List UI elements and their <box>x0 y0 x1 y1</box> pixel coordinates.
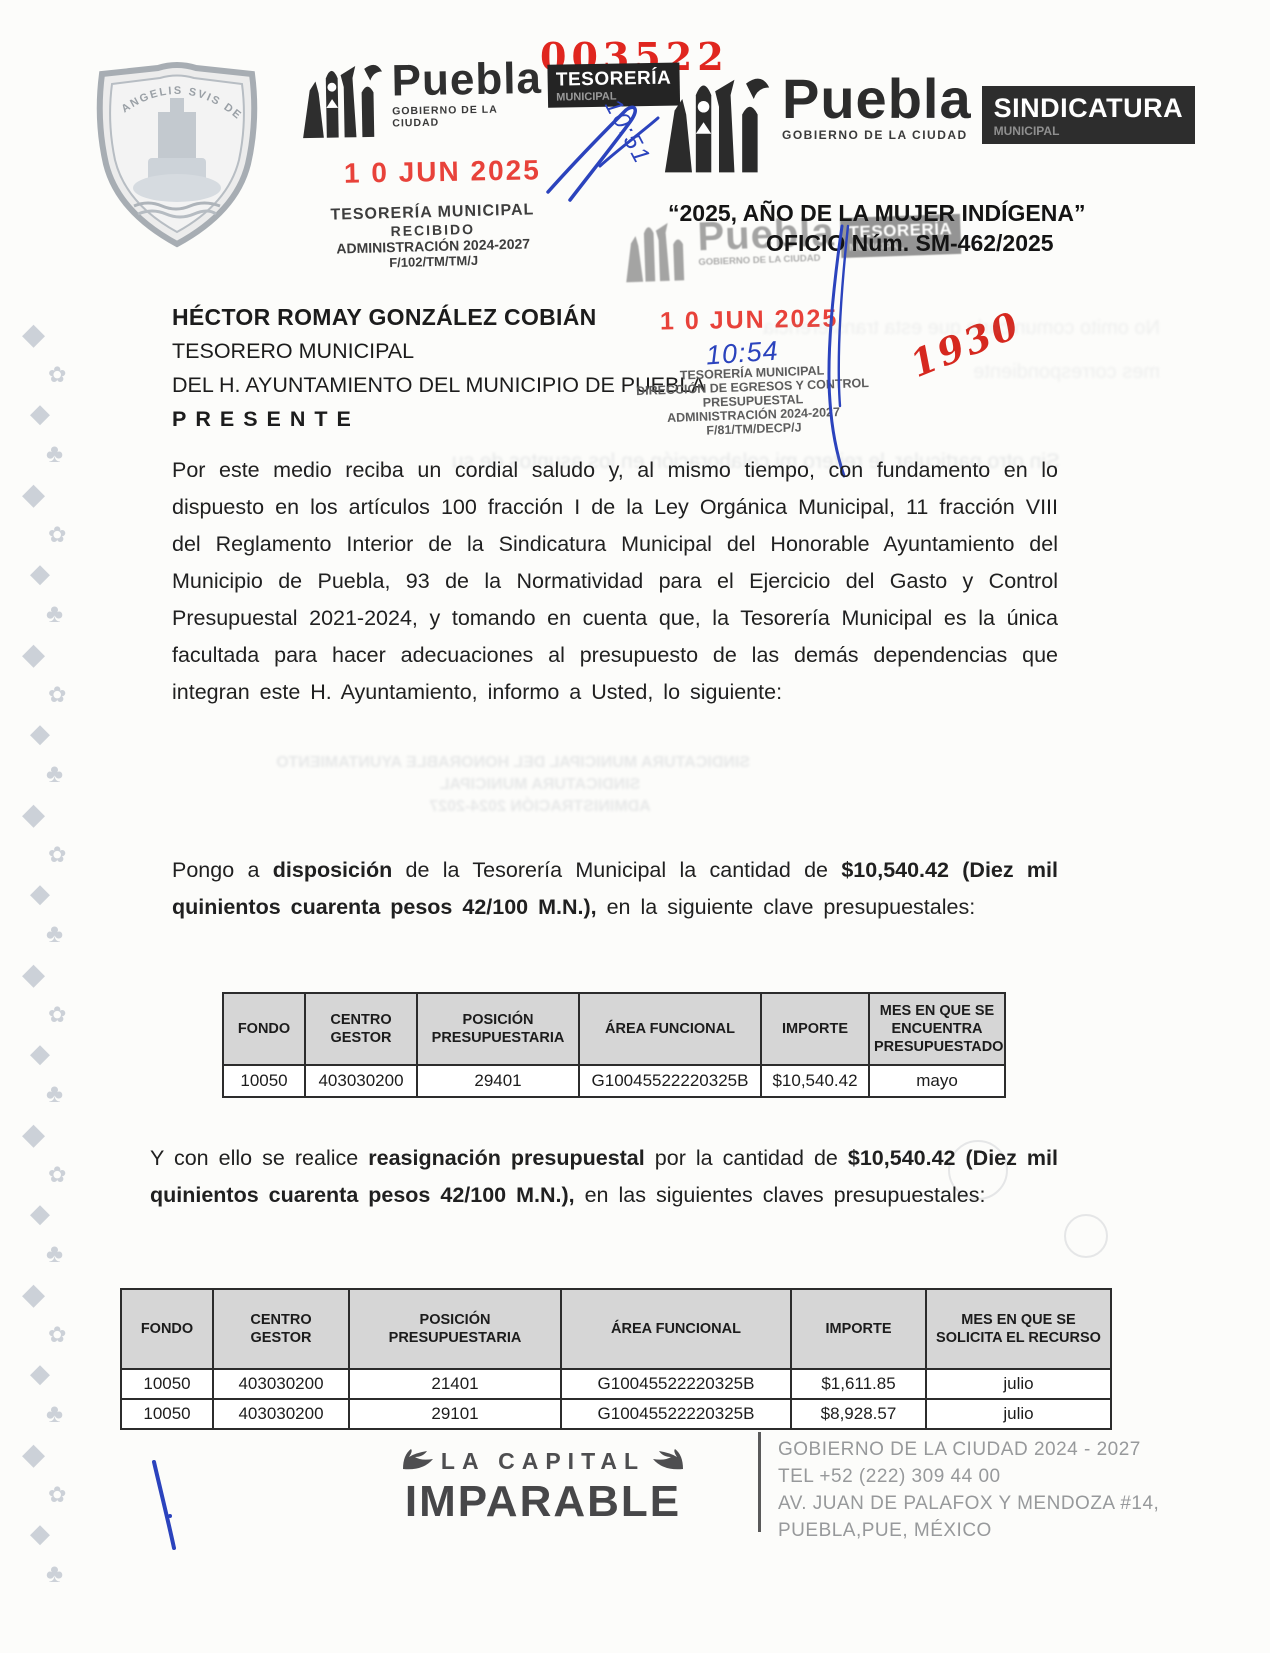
bleedthrough-text: No omito comunicarle que esta transferen… <box>830 306 1160 394</box>
club-ornament: ♣ <box>46 1560 88 1586</box>
cell-centro-gestor: 403030200 <box>305 1065 417 1097</box>
footer-address-line1: AV. JUAN DE PALAFOX Y MENDOZA #14, <box>778 1490 1159 1517</box>
signature-pen-stroke <box>530 96 670 216</box>
club-ornament: ♣ <box>46 760 88 786</box>
gobierno-tagline: GOBIERNO DE LA CIUDAD <box>782 128 972 142</box>
col-header: MES EN QUE SE SOLICITA EL RECURSO <box>926 1289 1111 1369</box>
cell-area-funcional: G10045522220325B <box>561 1399 791 1429</box>
col-header: POSICIÓN PRESUPUESTARIA <box>417 993 579 1065</box>
table-header-row: FONDO CENTRO GESTOR POSICIÓN PRESUPUESTA… <box>223 993 1005 1065</box>
recipient-title: TESORERO MUNICIPAL <box>172 334 706 368</box>
year-motto: “2025, AÑO DE LA MUJER INDÍGENA” <box>668 200 1085 227</box>
recipient-name: HÉCTOR ROMAY GONZÁLEZ COBIÁN <box>172 300 706 334</box>
footer-government-line: GOBIERNO DE LA CIUDAD 2024 - 2027 <box>778 1436 1159 1463</box>
club-ornament: ♣ <box>46 600 88 626</box>
received-date-stamp: 1 0 JUN 2025 <box>344 154 541 189</box>
budget-table-disposicion: FONDO CENTRO GESTOR POSICIÓN PRESUPUESTA… <box>222 992 1006 1098</box>
col-header: IMPORTE <box>791 1289 926 1369</box>
diamond-ornament: ◆ <box>30 1040 88 1066</box>
document-page: ◆✿◆♣◆✿◆♣◆✿◆♣◆✿◆♣◆✿◆♣◆✿◆♣◆✿◆♣◆✿◆♣ ANGELIS… <box>0 0 1270 1653</box>
cell-centro-gestor: 403030200 <box>213 1399 349 1429</box>
footer-contact-block: GOBIERNO DE LA CIUDAD 2024 - 2027 TEL +5… <box>778 1436 1159 1544</box>
diamond-ornament: ◆ <box>22 1440 88 1470</box>
floral-ornament: ✿ <box>48 844 88 866</box>
diamond-ornament: ◆ <box>22 1280 88 1310</box>
diamond-ornament: ◆ <box>30 560 88 586</box>
received-stamp-text: TESORERÍA MUNICIPAL RECIBIDO ADMINISTRAC… <box>317 201 549 272</box>
diamond-ornament: ◆ <box>22 640 88 670</box>
col-header: FONDO <box>121 1289 213 1369</box>
p2-text: Pongo a <box>172 858 273 882</box>
cell-centro-gestor: 403030200 <box>213 1369 349 1399</box>
p2-bold: disposición <box>273 858 392 882</box>
footer-logo-line1: LA CAPITAL <box>441 1448 645 1475</box>
club-ornament: ♣ <box>46 920 88 946</box>
table-header-row: FONDO CENTRO GESTOR POSICIÓN PRESUPUESTA… <box>121 1289 1111 1369</box>
col-header: IMPORTE <box>761 993 869 1065</box>
budget-table-reasignacion: FONDO CENTRO GESTOR POSICIÓN PRESUPUESTA… <box>120 1288 1112 1430</box>
tesoreria-box-title: TESORERÍA <box>556 68 672 92</box>
bleedthrough-text: SINDICATURA MUNICIPAL DEL HONORABLE AYUN… <box>330 752 750 818</box>
pen-tick-stroke <box>140 1458 190 1558</box>
col-header: ÁREA FUNCIONAL <box>579 993 761 1065</box>
sindicatura-box-title: SINDICATURA <box>994 93 1184 124</box>
cell-mes: julio <box>926 1399 1111 1429</box>
club-ornament: ♣ <box>46 1400 88 1426</box>
cell-posicion: 29101 <box>349 1399 561 1429</box>
footer-phone: TEL +52 (222) 309 44 00 <box>778 1463 1159 1490</box>
col-header: ÁREA FUNCIONAL <box>561 1289 791 1369</box>
cell-fondo: 10050 <box>223 1065 305 1097</box>
floral-ornament: ✿ <box>48 524 88 546</box>
p3-bold: reasignación presupuestal <box>368 1146 644 1170</box>
diamond-ornament: ◆ <box>22 320 88 350</box>
footer-divider <box>758 1432 761 1532</box>
diamond-ornament: ◆ <box>22 960 88 990</box>
club-ornament: ♣ <box>46 1080 88 1106</box>
body-paragraph-2: Pongo a disposición de la Tesorería Muni… <box>172 852 1058 926</box>
table-row: 10050 403030200 21401 G10045522220325B $… <box>121 1369 1111 1399</box>
cell-importe: $10,540.42 <box>761 1065 869 1097</box>
diamond-ornament: ◆ <box>22 480 88 510</box>
sindicatura-logo: Puebla GOBIERNO DE LA CIUDAD SINDICATURA… <box>656 72 1136 184</box>
diamond-ornament: ◆ <box>30 720 88 746</box>
club-ornament: ♣ <box>46 440 88 466</box>
footer-address-line2: PUEBLA,PUE, MÉXICO <box>778 1517 1159 1544</box>
puebla-wordmark: Puebla <box>391 57 542 104</box>
wing-right-icon <box>651 1449 685 1475</box>
floral-ornament: ✿ <box>48 1164 88 1186</box>
floral-ornament: ✿ <box>48 364 88 386</box>
decorative-border-pattern: ◆✿◆♣◆✿◆♣◆✿◆♣◆✿◆♣◆✿◆♣◆✿◆♣◆✿◆♣◆✿◆♣ <box>16 320 88 1640</box>
cell-fondo: 10050 <box>121 1369 213 1399</box>
col-header: FONDO <box>223 993 305 1065</box>
cell-area-funcional: G10045522220325B <box>561 1369 791 1399</box>
col-header: CENTRO GESTOR <box>305 993 417 1065</box>
col-header: POSICIÓN PRESUPUESTARIA <box>349 1289 561 1369</box>
sindicatura-dept-box: SINDICATURA MUNICIPAL <box>982 86 1196 144</box>
puebla-skyline-icon <box>619 217 699 290</box>
floral-ornament: ✿ <box>48 1004 88 1026</box>
pencil-circle-ghost <box>1064 1214 1108 1258</box>
diamond-ornament: ◆ <box>30 1520 88 1546</box>
diamond-ornament: ◆ <box>30 880 88 906</box>
puebla-skyline-icon <box>656 72 782 184</box>
sindicatura-box-sub: MUNICIPAL <box>994 124 1184 138</box>
diamond-ornament: ◆ <box>22 1120 88 1150</box>
diamond-ornament: ◆ <box>22 800 88 830</box>
cell-mes: julio <box>926 1369 1111 1399</box>
cell-mes: mayo <box>869 1065 1005 1097</box>
club-ornament: ♣ <box>46 1240 88 1266</box>
diamond-ornament: ◆ <box>30 1200 88 1226</box>
table-row: 10050 403030200 29101 G10045522220325B $… <box>121 1399 1111 1429</box>
la-capital-imparable-logo: LA CAPITAL IMPARABLE <box>398 1448 688 1527</box>
p2-text: en la siguiente clave presupuestales: <box>597 895 976 919</box>
cell-importe: $8,928.57 <box>791 1399 926 1429</box>
p3-text: por la cantidad de <box>645 1146 848 1170</box>
col-header: MES EN QUE SE ENCUENTRA PRESUPUESTADO <box>869 993 1005 1065</box>
body-paragraph-1: Por este medio reciba un cordial saludo … <box>172 452 1058 711</box>
city-seal-icon: ANGELIS SVIS DEVS <box>88 60 266 250</box>
p3-text: Y con ello se realice <box>150 1146 368 1170</box>
wing-left-icon <box>401 1449 435 1475</box>
table-row: 10050 403030200 29401 G10045522220325B $… <box>223 1065 1005 1097</box>
floral-ornament: ✿ <box>48 684 88 706</box>
gobierno-tagline: GOBIERNO DE LA CIUDAD <box>392 103 543 130</box>
p2-text: de la Tesorería Municipal la cantidad de <box>392 858 841 882</box>
puebla-skyline-icon <box>295 59 392 147</box>
diamond-ornament: ◆ <box>30 400 88 426</box>
cell-posicion: 21401 <box>349 1369 561 1399</box>
cell-fondo: 10050 <box>121 1399 213 1429</box>
floral-ornament: ✿ <box>48 1324 88 1346</box>
body-paragraph-3: Y con ello se realice reasignación presu… <box>150 1140 1058 1214</box>
puebla-wordmark: Puebla <box>782 72 972 126</box>
col-header: CENTRO GESTOR <box>213 1289 349 1369</box>
diamond-ornament: ◆ <box>30 1360 88 1386</box>
footer-logo-line2: IMPARABLE <box>398 1477 688 1527</box>
floral-ornament: ✿ <box>48 1484 88 1506</box>
cell-area-funcional: G10045522220325B <box>579 1065 761 1097</box>
cell-importe: $1,611.85 <box>791 1369 926 1399</box>
cell-posicion: 29401 <box>417 1065 579 1097</box>
p3-text: en las siguientes claves presupuestales: <box>575 1183 986 1207</box>
